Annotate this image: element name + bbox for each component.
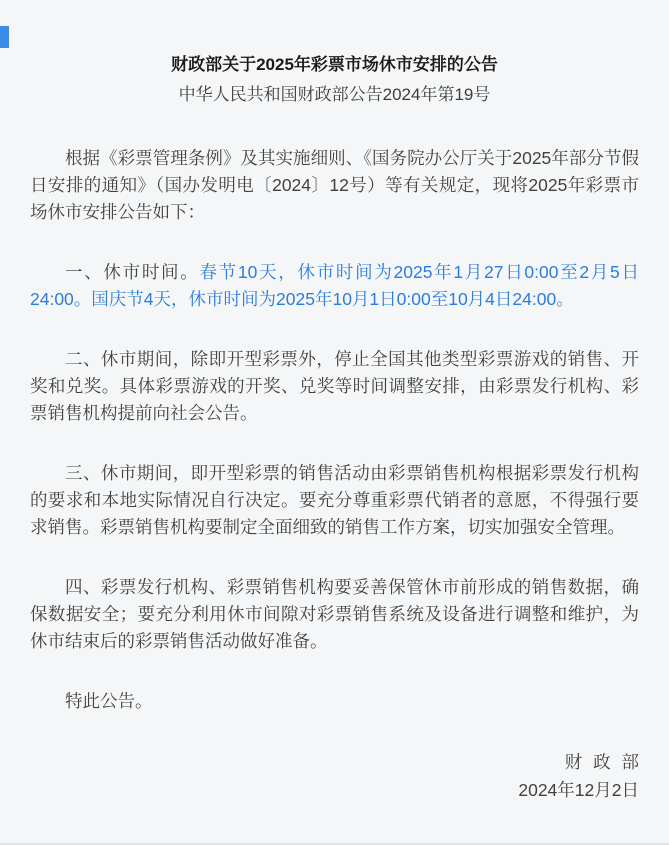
article-container: 财政部关于2025年彩票市场休市安排的公告 中华人民共和国财政部公告2024年第… — [0, 0, 669, 845]
paragraph-text: 一、休市时间。 — [65, 262, 199, 282]
signature-block: 财 政 部 2024年12月2日 — [30, 748, 639, 804]
document-paragraph: 一、休市时间。春节10天，休市时间为2025年1月27日0:00至2月5日24:… — [30, 259, 639, 313]
paragraph-text: 特此公告。 — [65, 691, 153, 711]
paragraph-text: 二、休市期间，除即开型彩票外，停止全国其他类型彩票游戏的销售、开奖和兑奖。具体彩… — [30, 349, 639, 423]
document-paragraph: 特此公告。 — [30, 688, 639, 715]
left-accent-marker — [0, 26, 9, 48]
announcement-page: { "page": { "background_color": "#f5f6f7… — [0, 0, 669, 845]
paragraph-text: 根据《彩票管理条例》及其实施细则、《国务院办公厅关于2025年部分节假日安排的通… — [30, 148, 639, 222]
document-paragraph: 四、彩票发行机构、彩票销售机构要妥善保管休市前形成的销售数据，确保数据安全；要充… — [30, 574, 639, 655]
issue-date: 2024年12月2日 — [30, 776, 639, 804]
document-body: 根据《彩票管理条例》及其实施细则、《国务院办公厅关于2025年部分节假日安排的通… — [30, 145, 639, 715]
issuer-signature: 财 政 部 — [30, 748, 639, 776]
document-title: 财政部关于2025年彩票市场休市安排的公告 — [30, 55, 639, 75]
document-number: 中华人民共和国财政部公告2024年第19号 — [30, 85, 639, 105]
paragraph-text: 三、休市期间，即开型彩票的销售活动由彩票销售机构根据彩票发行机构的要求和本地实际… — [30, 463, 639, 537]
paragraph-text: 四、彩票发行机构、彩票销售机构要妥善保管休市前形成的销售数据，确保数据安全；要充… — [30, 577, 639, 651]
document-paragraph: 根据《彩票管理条例》及其实施细则、《国务院办公厅关于2025年部分节假日安排的通… — [30, 145, 639, 226]
document-paragraph: 三、休市期间，即开型彩票的销售活动由彩票销售机构根据彩票发行机构的要求和本地实际… — [30, 460, 639, 541]
document-paragraph: 二、休市期间，除即开型彩票外，停止全国其他类型彩票游戏的销售、开奖和兑奖。具体彩… — [30, 346, 639, 427]
